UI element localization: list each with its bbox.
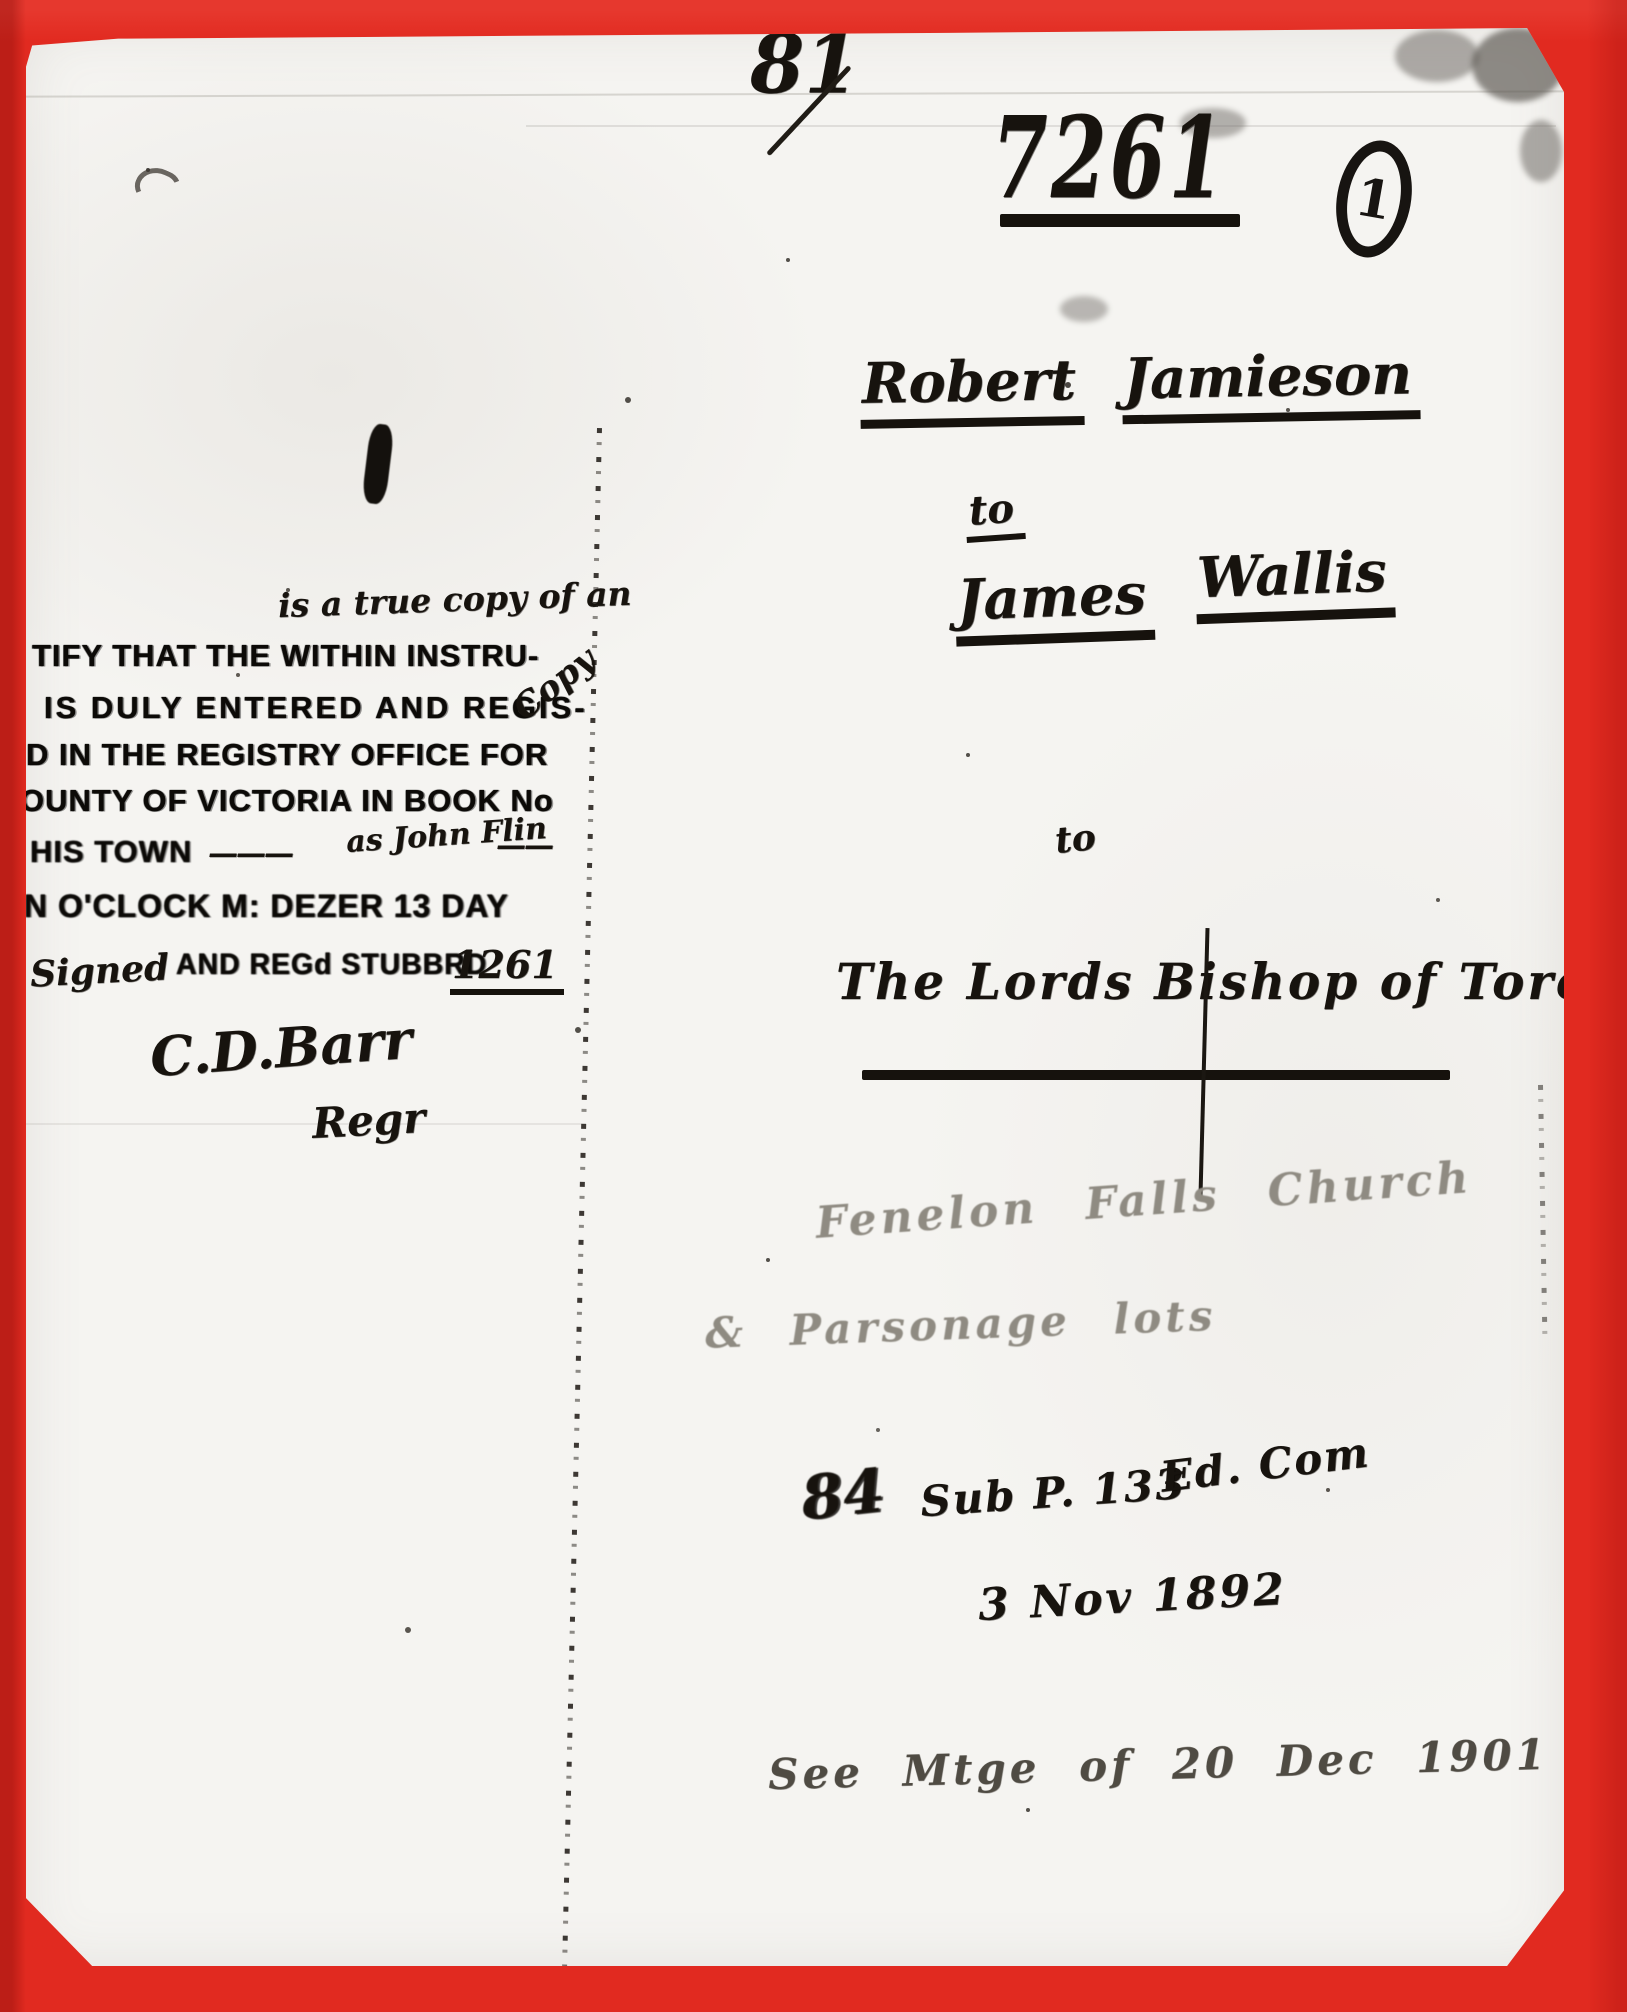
middle-party-name: James Wallis	[954, 552, 1397, 646]
property-note-line-2: & Parsonage lots	[704, 1291, 1217, 1358]
smudge-mark	[1395, 30, 1479, 82]
grantor-first-name: Robert	[859, 347, 1084, 429]
stamp-line-7-number: 1261	[450, 942, 564, 995]
stamp-line-4: OUNTY OF VICTORIA IN BOOK No	[20, 783, 554, 819]
grantor-last-name: Jamieson	[1121, 341, 1421, 424]
reference-org: Ed. Com	[1158, 1427, 1373, 1501]
instrument-number-underline	[1000, 214, 1240, 227]
certification-handwritten-lead: is a true copy of an	[277, 574, 632, 625]
reference-date: 3 Nov 1892	[977, 1564, 1288, 1631]
signed-label: Signed	[29, 946, 170, 995]
property-note-line-1: Fenelon Falls Church	[814, 1152, 1474, 1249]
stamp-line-1: TIFY THAT THE WITHIN INSTRU-	[32, 638, 539, 674]
middle-last-name: Wallis	[1194, 538, 1396, 624]
instrument-number: 7261	[992, 102, 1227, 214]
registrar-signature: C.D.Barr	[148, 1007, 414, 1089]
stamp-line-6: N O'CLOCK M: DEZER 13 DAY	[24, 888, 509, 925]
stamp-line-5-start: HIS TOWN	[30, 834, 192, 870]
edge-speckle	[1538, 1085, 1547, 1335]
stamp-line-7: AND REGd STUBBRD	[176, 948, 487, 982]
stamp-line-5-dash-1: ———	[208, 836, 292, 871]
smudge-mark	[1472, 28, 1564, 102]
copy-number-badge: 1	[1327, 134, 1420, 263]
scan-streak	[26, 1123, 586, 1125]
stamp-line-3: D IN THE REGISTRY OFFICE FOR	[26, 737, 548, 773]
reference-number: 84	[798, 1456, 888, 1534]
grantee-underline	[862, 1070, 1450, 1080]
ink-blot-mark	[361, 423, 395, 505]
ink-squiggle-mark	[129, 161, 185, 214]
scanned-document-page: 81 7261 1 Robert Jamieson to James Walli…	[26, 28, 1564, 1966]
red-backing-sheet: 81 7261 1 Robert Jamieson to James Walli…	[0, 0, 1627, 2012]
grantor-name: Robert Jamieson	[859, 341, 1420, 429]
middle-first-name: James	[954, 561, 1156, 647]
copy-number: 1	[1351, 166, 1397, 232]
stamp-line-5-dash-2: ——	[496, 828, 552, 863]
grantee-name: The Lords Bishop of Toronto	[836, 952, 1627, 1011]
reference-text: Sub P. 133	[919, 1459, 1188, 1526]
folio-number: 81	[750, 26, 859, 104]
bottom-mortgage-note: See Mtge of 20 Dec 1901	[767, 1730, 1549, 1799]
smudge-mark	[1060, 296, 1108, 322]
registrar-title: Regr	[311, 1093, 427, 1148]
connector-to-1: to	[963, 484, 1026, 543]
smudge-mark	[1520, 120, 1562, 182]
connector-to-2: to	[1053, 816, 1098, 862]
